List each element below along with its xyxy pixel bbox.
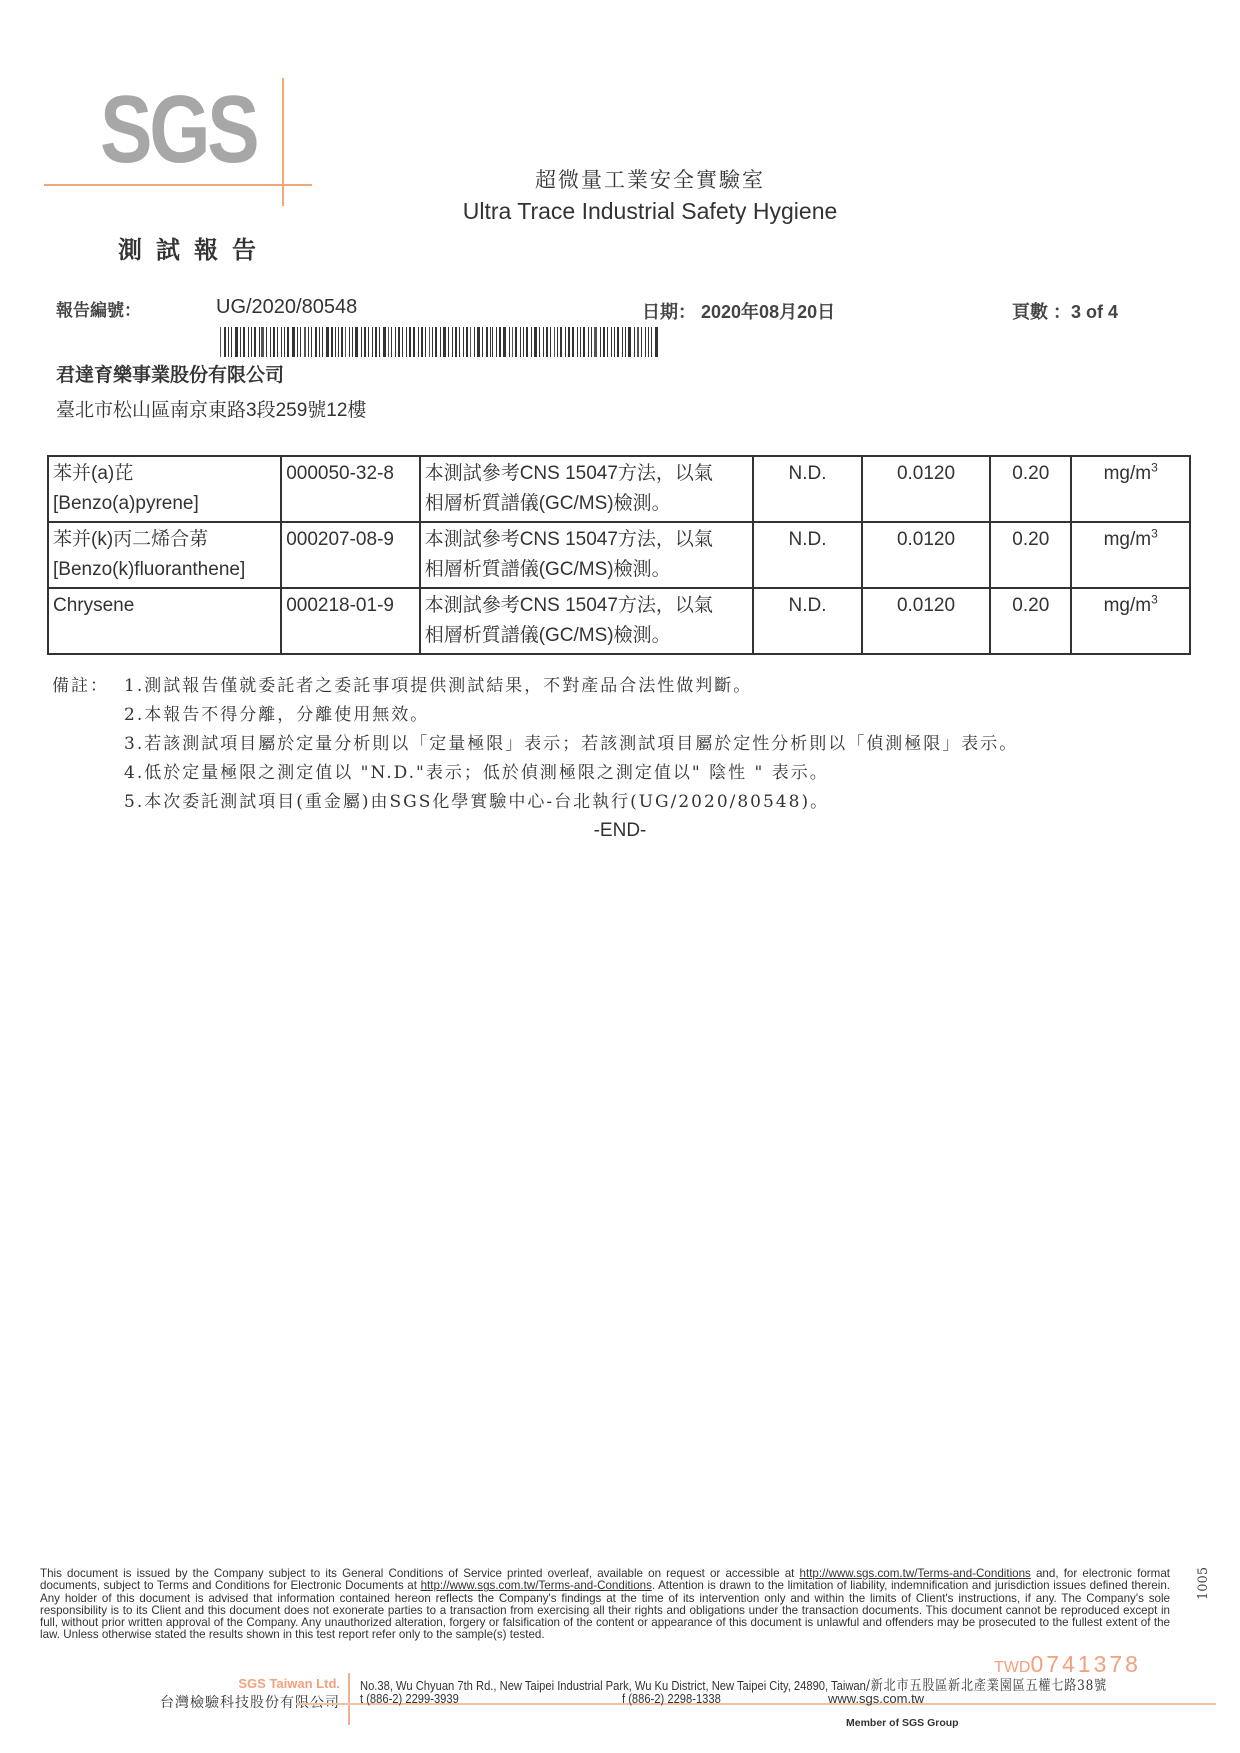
terms-link-electronic[interactable]: http://www.sgs.com.tw/Terms-and-Conditio… (421, 1579, 652, 1592)
test-method-cell: 本測試參考CNS 15047方法，以氣相層析質譜儀(GC/MS)檢測。 (420, 522, 754, 588)
substance-name: 苯并(a)芘 (53, 459, 276, 489)
results-table: 苯并(a)芘[Benzo(a)pyrene]000050-32-8本測試參考CN… (47, 455, 1191, 655)
detection-limit: 0.0120 (867, 459, 985, 489)
result-value-cell: N.D. (753, 588, 861, 654)
note-row: 5.本次委託測試項目(重金屬)由SGS化學實驗中心-台北執行(UG/2020/8… (52, 788, 1018, 817)
date-label: 日期： (642, 302, 696, 322)
unit-base: mg/m (1104, 529, 1152, 550)
test-method: 本測試參考CNS 15047方法，以氣 (425, 459, 749, 489)
cas-number-cell: 000207-08-9 (281, 522, 419, 588)
unit-exponent: 3 (1151, 593, 1158, 607)
report-title: 測試報告 (118, 230, 270, 265)
regulatory-limit-cell: 0.20 (990, 522, 1071, 588)
regulatory-limit: 0.20 (995, 459, 1066, 489)
note-item: 4.低於定量極限之測定值以 "N.D."表示；低於偵測極限之測定值以" 陰性 "… (124, 759, 829, 788)
table-row: 苯并(a)芘[Benzo(a)pyrene]000050-32-8本測試參考CN… (48, 456, 1190, 522)
company-name-cn: 台灣檢驗科技股份有限公司 (130, 1692, 340, 1712)
test-method-line2: 相層析質譜儀(GC/MS)檢測。 (425, 489, 749, 519)
notes: 備註：1.測試報告僅就委託者之委託事項提供測試結果，不對產品合法性做判斷。 2.… (52, 672, 1018, 817)
result-value: N.D. (758, 591, 856, 621)
note-item: 2.本報告不得分離，分離使用無效。 (124, 701, 429, 730)
unit: mg/m3 (1076, 525, 1185, 555)
date-value: 2020年08月20日 (701, 302, 835, 322)
cas-number: 000050-32-8 (286, 459, 414, 489)
unit: mg/m3 (1076, 459, 1185, 489)
result-value-cell: N.D. (753, 522, 861, 588)
result-value: N.D. (758, 525, 856, 555)
website-link[interactable]: www.sgs.com.tw (828, 1691, 924, 1706)
detection-limit: 0.0120 (867, 591, 985, 621)
note-row: 備註：1.測試報告僅就委託者之委託事項提供測試結果，不對產品合法性做判斷。 (52, 672, 1018, 701)
company-name-en: SGS Taiwan Ltd. (140, 1676, 340, 1691)
footer-vertical-rule (348, 1673, 350, 1725)
test-method-cell: 本測試參考CNS 15047方法，以氣相層析質譜儀(GC/MS)檢測。 (420, 588, 754, 654)
substance-name-line2: [Benzo(a)pyrene] (53, 489, 276, 519)
member-of-sgs-group: Member of SGS Group (846, 1717, 959, 1729)
substance-name-cell: 苯并(a)芘[Benzo(a)pyrene] (48, 456, 281, 522)
unit-cell: mg/m3 (1071, 456, 1190, 522)
detection-limit-cell: 0.0120 (862, 456, 990, 522)
note-row: 2.本報告不得分離，分離使用無效。 (52, 701, 1018, 730)
cas-number-cell: 000050-32-8 (281, 456, 419, 522)
substance-name-cell: Chrysene (48, 588, 281, 654)
unit-base: mg/m (1104, 463, 1152, 484)
company-address: No.38, Wu Chyuan 7th Rd., New Taipei Ind… (360, 1675, 1107, 1695)
phone-number: t (886-2) 2299-3939 (360, 1691, 459, 1706)
unit-base: mg/m (1104, 595, 1152, 616)
client-name: 君達育樂事業股份有限公司 (56, 360, 284, 387)
test-method-line2: 相層析質譜儀(GC/MS)檢測。 (425, 621, 749, 651)
regulatory-limit: 0.20 (995, 591, 1066, 621)
substance-name: 苯并(k)丙二烯合苐 (53, 525, 276, 555)
note-item: 5.本次委託測試項目(重金屬)由SGS化學實驗中心-台北執行(UG/2020/8… (124, 788, 829, 817)
serial-digits: 0741378 (1030, 1651, 1141, 1677)
terms-link[interactable]: http://www.sgs.com.tw/Terms-and-Conditio… (800, 1567, 1031, 1580)
substance-name-line2: [Benzo(k)fluoranthene] (53, 555, 276, 585)
regulatory-limit-cell: 0.20 (990, 588, 1071, 654)
client-address: 臺北市松山區南京東路3段259號12樓 (56, 395, 366, 422)
page-value: 3 of 4 (1071, 302, 1118, 322)
page-count: 頁數 ：3 of 4 (1012, 298, 1118, 324)
result-value: N.D. (758, 459, 856, 489)
unit-cell: mg/m3 (1071, 588, 1190, 654)
detection-limit-cell: 0.0120 (862, 522, 990, 588)
page-label: 頁數 ： (1012, 302, 1071, 322)
regulatory-limit: 0.20 (995, 525, 1066, 555)
unit-exponent: 3 (1151, 527, 1158, 541)
note-item: 1.測試報告僅就委託者之委託事項提供測試結果，不對產品合法性做判斷。 (124, 672, 752, 701)
lab-name-cn: 超微量工業安全實驗室 (0, 164, 1240, 194)
unit: mg/m3 (1076, 591, 1185, 621)
substance-name-cell: 苯并(k)丙二烯合苐[Benzo(k)fluoranthene] (48, 522, 281, 588)
cas-number-cell: 000218-01-9 (281, 588, 419, 654)
cas-number: 000218-01-9 (286, 591, 414, 621)
table-row: 苯并(k)丙二烯合苐[Benzo(k)fluoranthene]000207-0… (48, 522, 1190, 588)
notes-label: 備註： (52, 672, 124, 701)
test-method-cell: 本測試參考CNS 15047方法，以氣相層析質譜儀(GC/MS)檢測。 (420, 456, 754, 522)
regulatory-limit-cell: 0.20 (990, 456, 1071, 522)
cas-number: 000207-08-9 (286, 525, 414, 555)
serial-prefix: TWD (994, 1659, 1030, 1676)
report-number-label: 報告編號： (56, 296, 141, 321)
end-mark: -END- (0, 820, 1240, 842)
barcode (220, 327, 660, 357)
lab-name-en: Ultra Trace Industrial Safety Hygiene (0, 198, 1240, 225)
serial-number: TWD0741378 (994, 1651, 1141, 1678)
table-row: Chrysene000218-01-9本測試參考CNS 15047方法，以氣相層… (48, 588, 1190, 654)
unit-exponent: 3 (1151, 461, 1158, 475)
report-number: UG/2020/80548 (216, 296, 357, 319)
note-row: 4.低於定量極限之測定值以 "N.D."表示；低於偵測極限之測定值以" 陰性 "… (52, 759, 1018, 788)
test-method: 本測試參考CNS 15047方法，以氣 (425, 591, 749, 621)
legal-disclaimer: This document is issued by the Company s… (40, 1568, 1170, 1642)
result-value-cell: N.D. (753, 456, 861, 522)
disclaimer-text: This document is issued by the Company s… (40, 1567, 800, 1580)
unit-cell: mg/m3 (1071, 522, 1190, 588)
report-date: 日期： 2020年08月20日 (642, 298, 835, 324)
detection-limit-cell: 0.0120 (862, 588, 990, 654)
side-code: 1005 (1196, 1567, 1211, 1600)
note-row: 3.若該測試項目屬於定量分析則以「定量極限」表示；若該測試項目屬於定性分析則以「… (52, 730, 1018, 759)
substance-name: Chrysene (53, 591, 276, 621)
test-method: 本測試參考CNS 15047方法，以氣 (425, 525, 749, 555)
detection-limit: 0.0120 (867, 525, 985, 555)
test-method-line2: 相層析質譜儀(GC/MS)檢測。 (425, 555, 749, 585)
fax-number: f (886-2) 2298-1338 (622, 1691, 721, 1706)
note-item: 3.若該測試項目屬於定量分析則以「定量極限」表示；若該測試項目屬於定性分析則以「… (124, 730, 1018, 759)
